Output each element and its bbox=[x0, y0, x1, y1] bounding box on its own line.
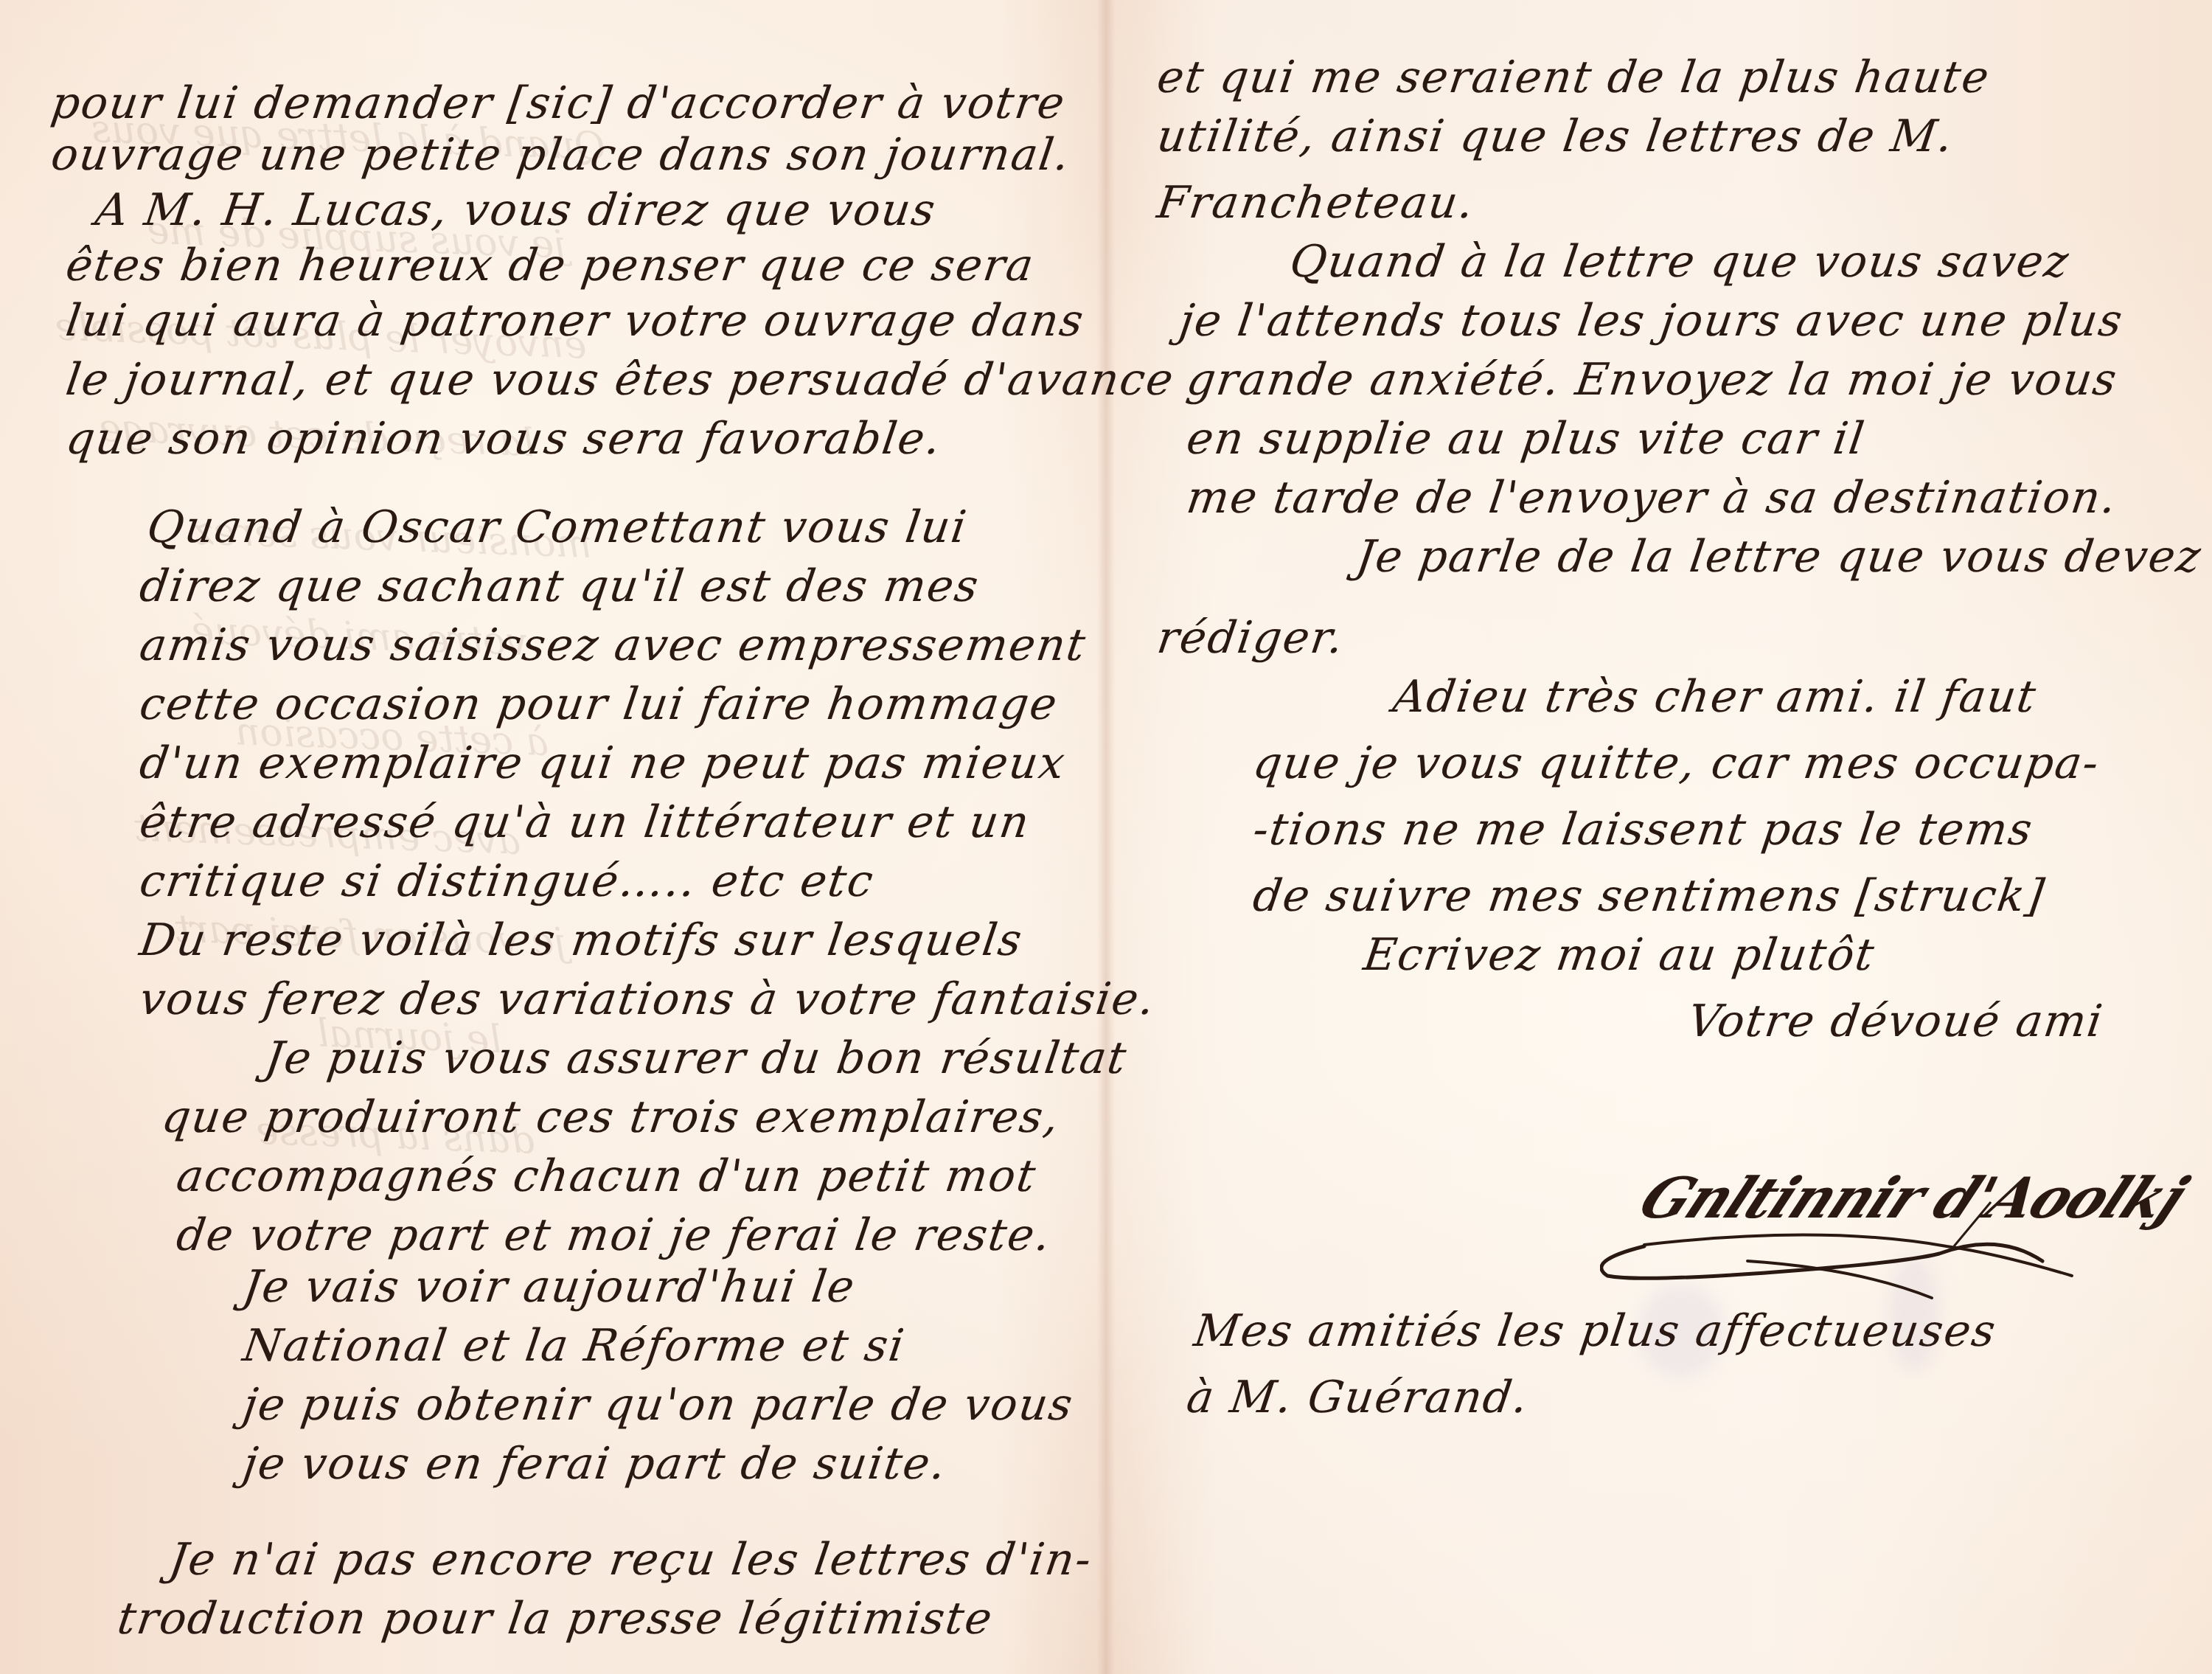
text-line: grande anxiété. Envoyez la moi je vous bbox=[1183, 354, 2121, 406]
left-page: pour lui demander [sic] d'accorder à vot… bbox=[0, 0, 1099, 1674]
text-line: être adressé qu'à un littérateur et un bbox=[136, 796, 1034, 848]
text-line: vous ferez des variations à votre fantai… bbox=[136, 973, 1158, 1025]
text-line: en supplie au plus vite car il bbox=[1183, 413, 1868, 465]
signature-flourish-icon bbox=[1600, 1150, 2109, 1305]
text-line: Adieu très cher ami. il faut bbox=[1390, 671, 2040, 723]
text-line: -tions ne me laissent pas le tems bbox=[1250, 804, 2037, 855]
text-line: je vous en ferai part de suite. bbox=[240, 1438, 950, 1490]
text-line: d'un exemplaire qui ne peut pas mieux bbox=[136, 737, 1069, 789]
text-line: Je puis vous assurer du bon résultat bbox=[262, 1032, 1130, 1084]
text-line: Votre dévoué ami bbox=[1685, 996, 2107, 1047]
text-line: êtes bien heureux de penser que ce sera bbox=[63, 240, 1037, 291]
right-page: et qui me seraient de la plus haute util… bbox=[1113, 0, 2212, 1674]
signature: Gnltinnir d'Aoolkj bbox=[1600, 1150, 2109, 1305]
postscript-line: Mes amitiés les plus affectueuses bbox=[1191, 1305, 2000, 1357]
text-line: pour lui demander [sic] d'accorder à vot… bbox=[48, 77, 1069, 129]
text-line: Je n'ai pas encore reçu les lettres d'in… bbox=[166, 1534, 1096, 1586]
text-line: et qui me seraient de la plus haute bbox=[1154, 52, 1993, 103]
text-line: critique si distingué….. etc etc bbox=[136, 855, 877, 907]
text-line: Je vais voir aujourd'hui le bbox=[240, 1261, 859, 1313]
text-line: le journal, et que vous êtes persuadé d'… bbox=[63, 354, 1178, 406]
text-line: National et la Réforme et si bbox=[240, 1320, 908, 1372]
text-line: de suivre mes sentimens [struck] bbox=[1250, 870, 2048, 922]
text-line: Quand à la lettre que vous savez bbox=[1287, 236, 2073, 288]
text-line: je l'attends tous les jours avec une plu… bbox=[1176, 295, 2126, 347]
text-line: cette occasion pour lui faire hommage bbox=[136, 678, 1061, 730]
text-line: A M. H. Lucas, vous direz que vous bbox=[92, 184, 939, 236]
text-line: me tarde de l'envoyer à sa destination. bbox=[1183, 472, 2121, 524]
text-line: direz que sachant qu'il est des mes bbox=[136, 560, 983, 612]
text-line: troduction pour la presse légitimiste bbox=[114, 1593, 996, 1645]
text-line: accompagnés chacun d'un petit mot bbox=[173, 1150, 1040, 1202]
text-line: amis vous saisissez avec empressement bbox=[136, 619, 1090, 671]
text-line: de votre part et moi je ferai le reste. bbox=[173, 1209, 1054, 1261]
text-line: que je vous quitte, car mes occupa- bbox=[1250, 737, 2103, 789]
text-line: Francheteau. bbox=[1154, 177, 1478, 229]
postscript-line: à M. Guérand. bbox=[1183, 1372, 1532, 1423]
text-line: Je parle de la lettre que vous devez bbox=[1353, 531, 2205, 583]
text-line: je puis obtenir qu'on parle de vous bbox=[240, 1379, 1077, 1431]
text-line: que produiront ces trois exemplaires, bbox=[159, 1091, 1063, 1143]
page-spine-fold bbox=[1097, 0, 1115, 1674]
text-line: utilité, ainsi que les lettres de M. bbox=[1154, 111, 1957, 162]
letter-spread: Quand à la lettre que vous je vous suppl… bbox=[0, 0, 2212, 1674]
text-line: que son opinion vous sera favorable. bbox=[63, 413, 945, 465]
text-line: Du reste voilà les motifs sur lesquels bbox=[136, 914, 1026, 966]
text-line: ouvrage une petite place dans son journa… bbox=[48, 129, 1074, 181]
text-line: Quand à Oscar Comettant vous lui bbox=[144, 501, 970, 553]
text-line: Ecrivez moi au plutôt bbox=[1360, 929, 1879, 981]
text-line: rédiger. bbox=[1154, 612, 1348, 664]
text-line: lui qui aura à patroner votre ouvrage da… bbox=[63, 295, 1088, 347]
